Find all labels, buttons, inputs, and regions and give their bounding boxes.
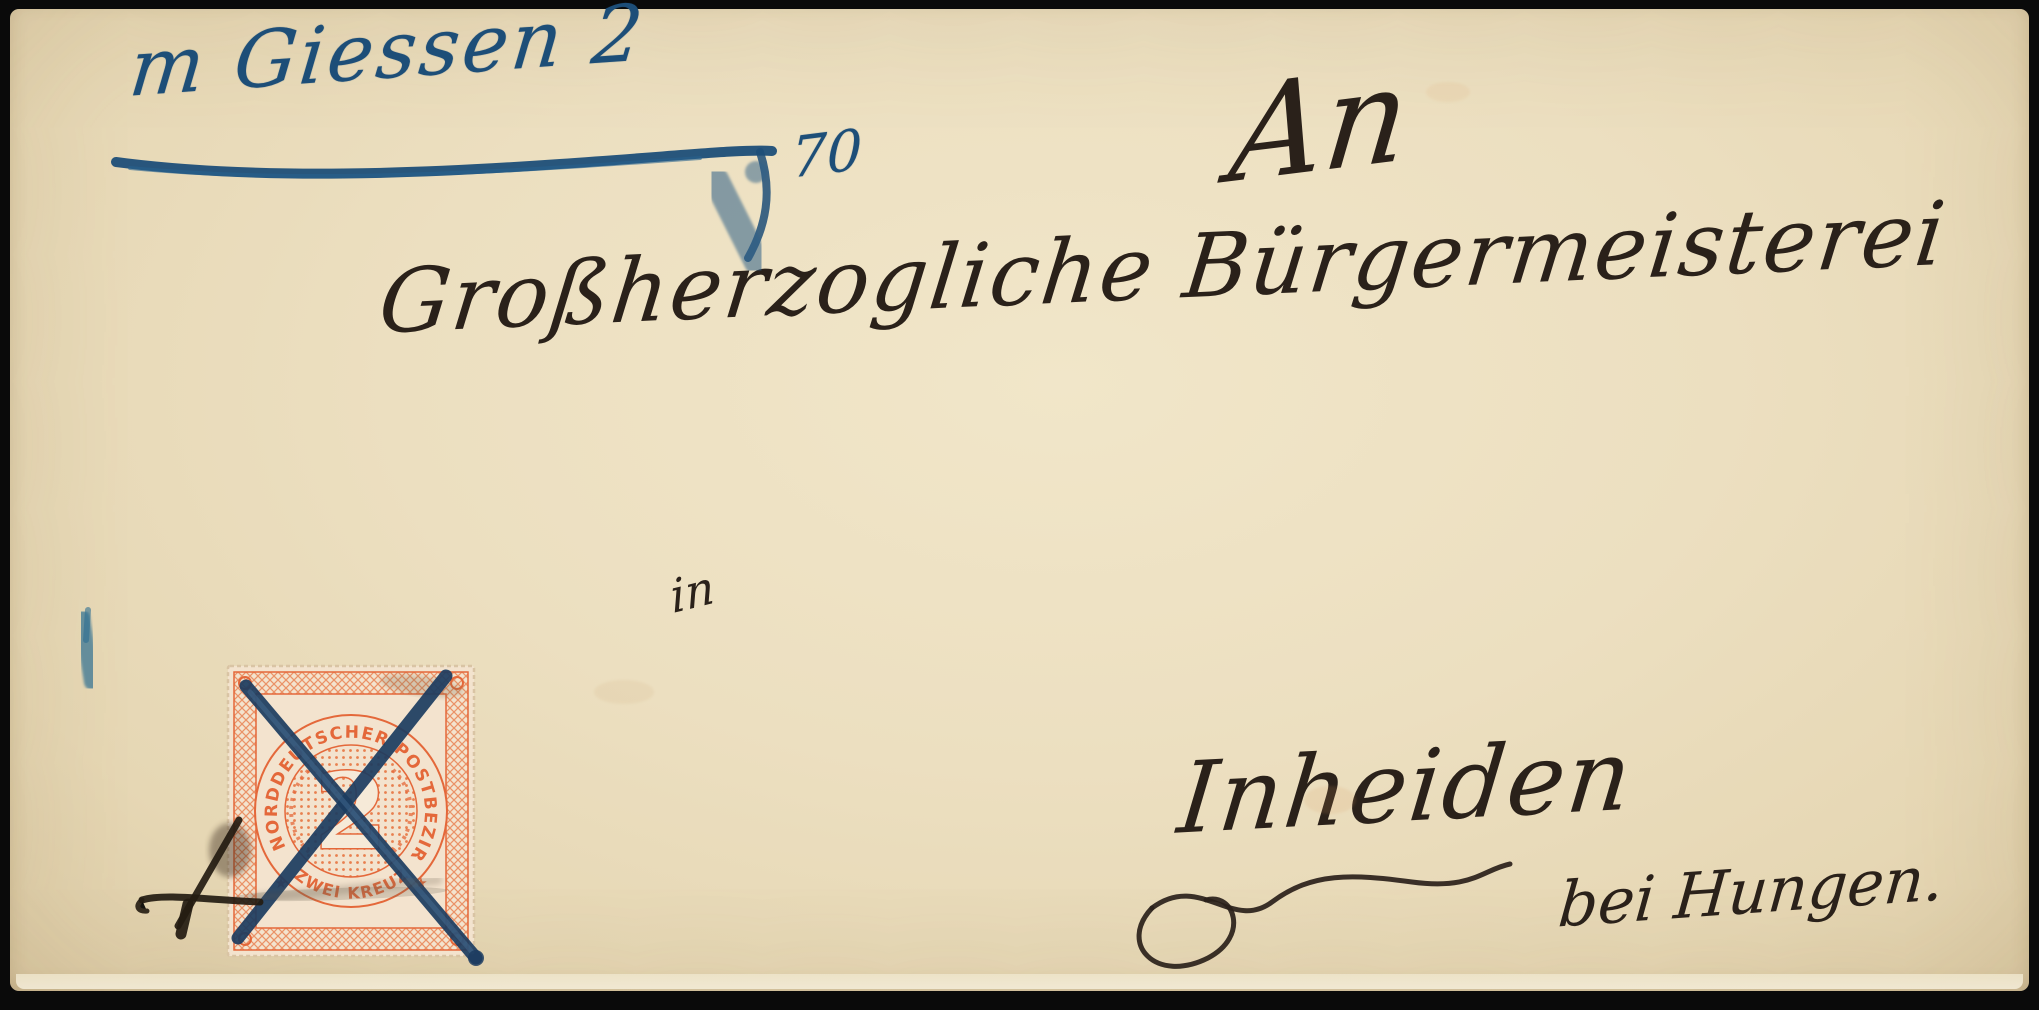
envelope-bottom-edge: [16, 974, 2023, 989]
address-place: Inheiden: [1173, 718, 1639, 857]
date-note: 70: [791, 117, 863, 191]
address-to: An: [1224, 36, 1417, 213]
address-preposition: in: [668, 559, 717, 624]
photo-background: m Giessen 2 70 An Großherzogliche Bürger…: [0, 0, 2039, 1010]
envelope: [10, 9, 2029, 991]
